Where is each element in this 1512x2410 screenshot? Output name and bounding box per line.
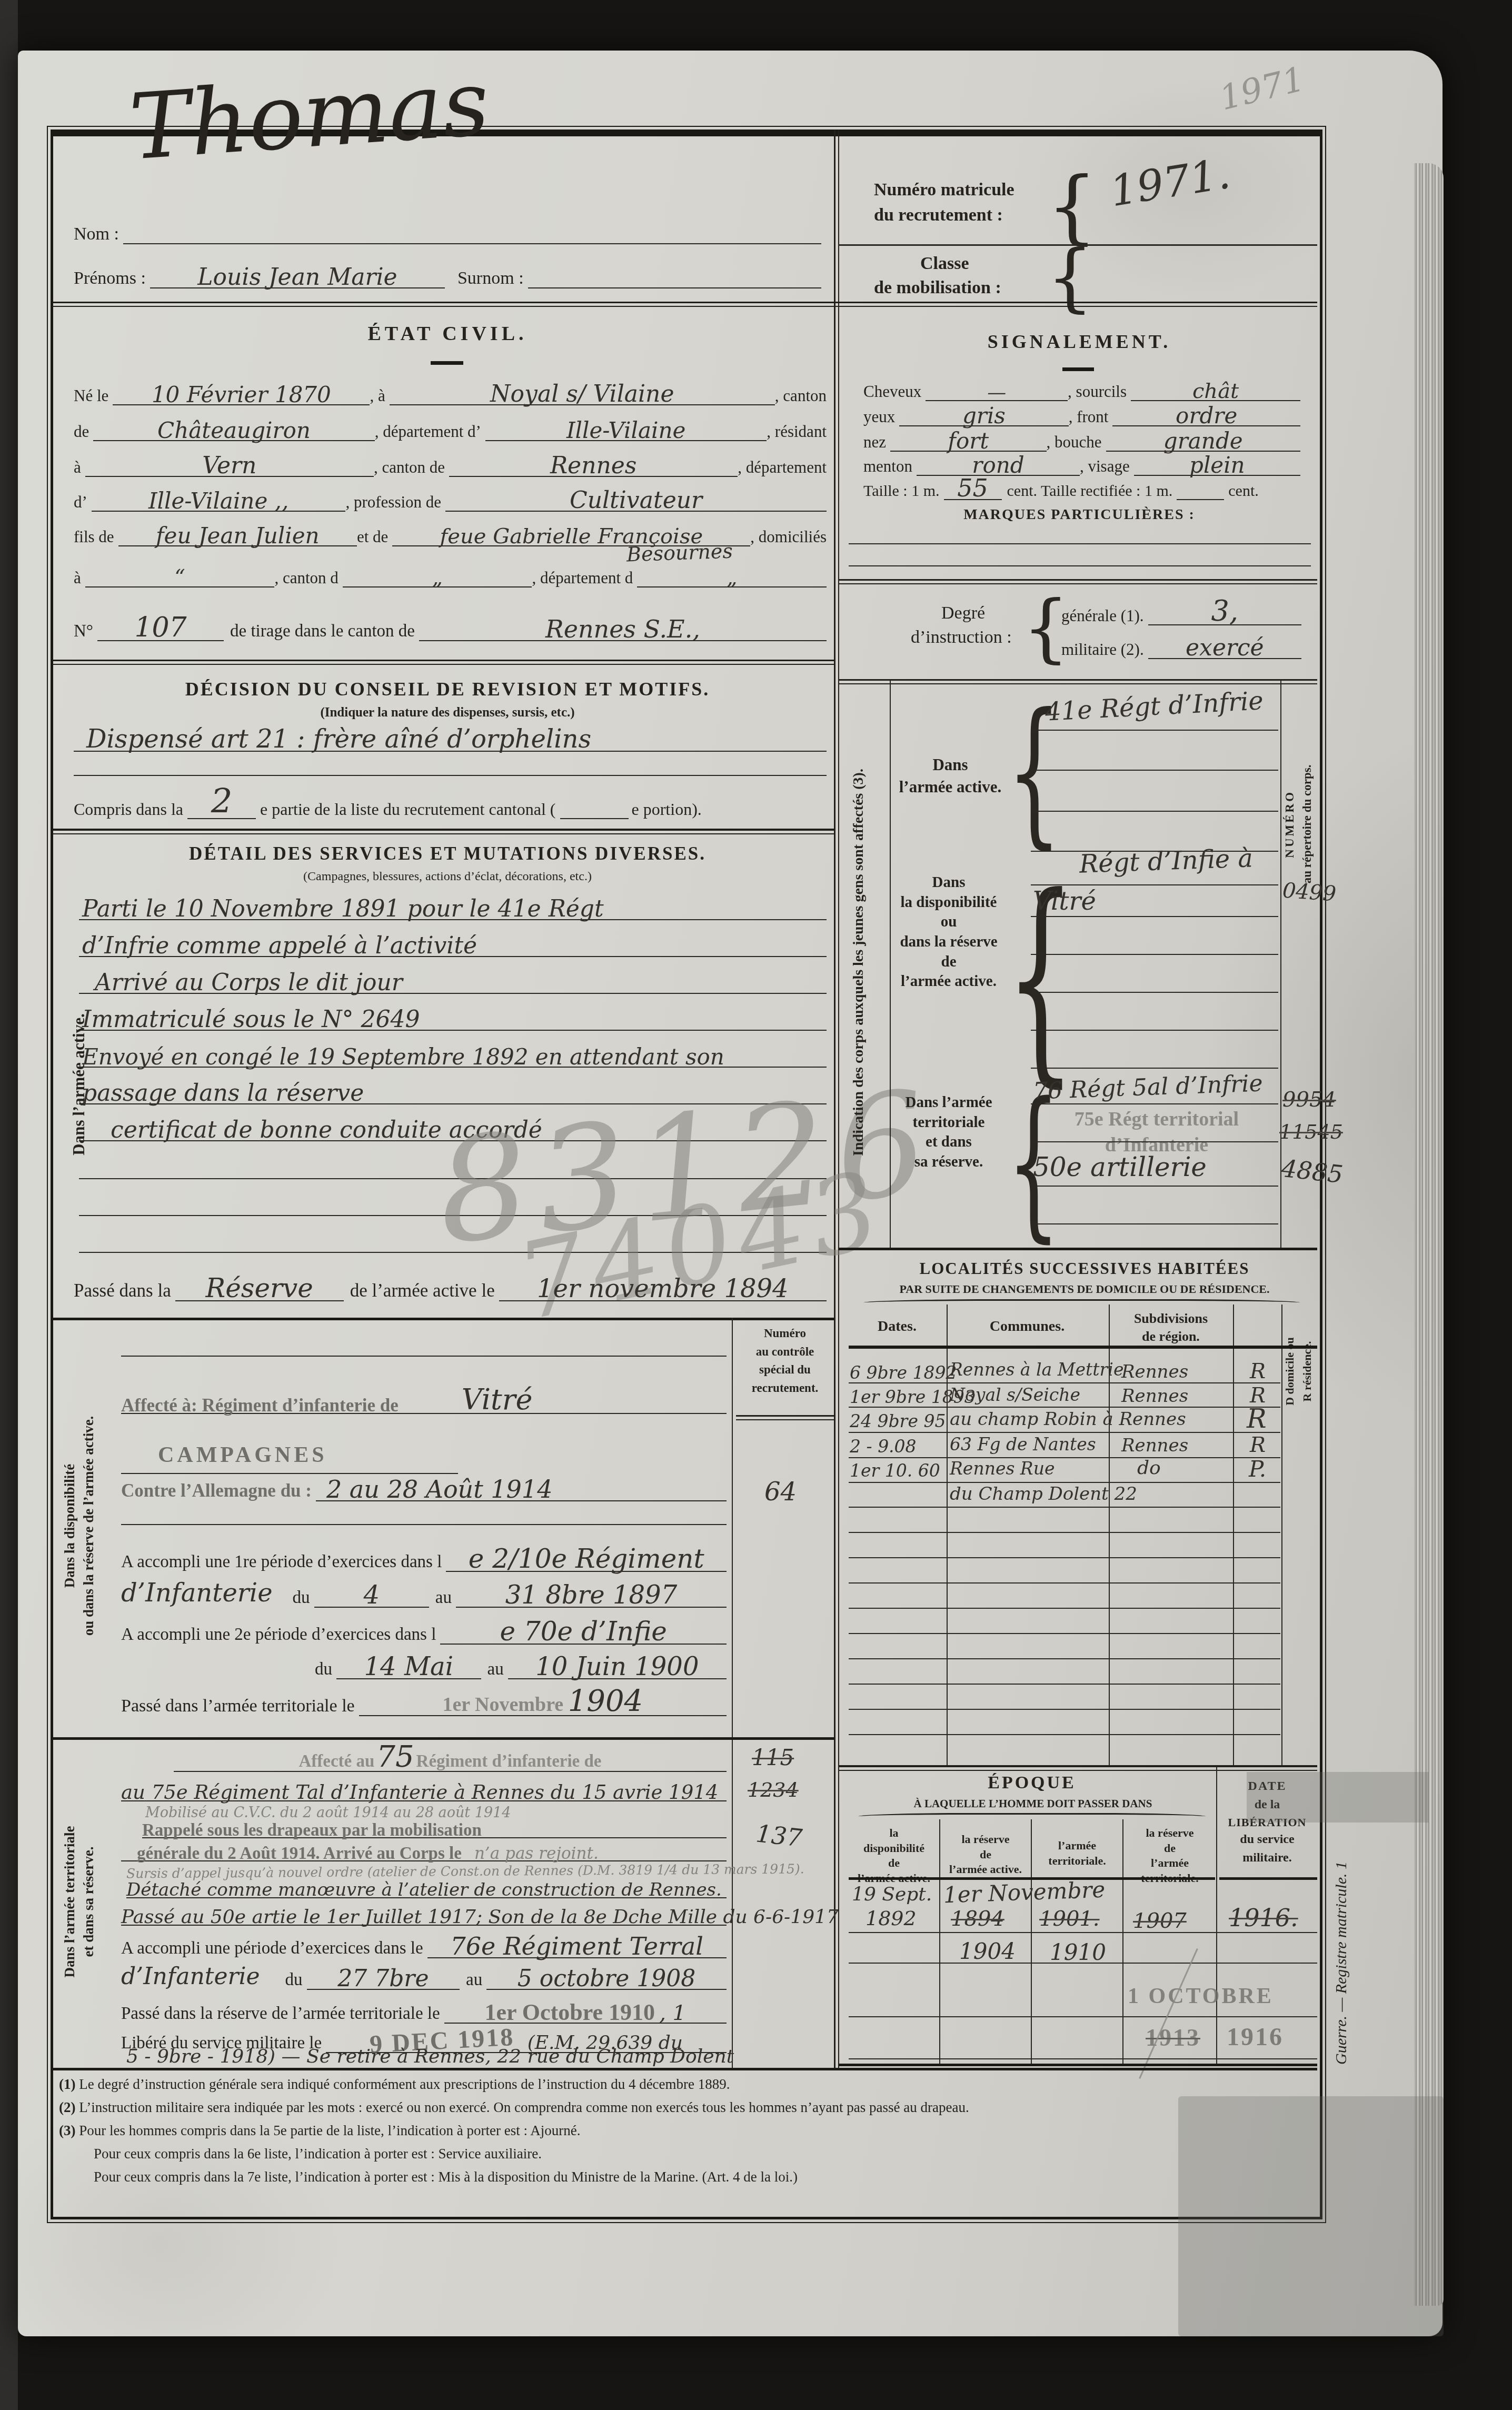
footnote-1-num: (1) xyxy=(59,2076,75,2092)
ditto-3: „ xyxy=(727,565,738,590)
rule xyxy=(838,579,1317,584)
dept3-value: Ille-Vilaine ,, xyxy=(148,488,289,514)
territoriale-stamp: 1er Novembre xyxy=(442,1694,563,1716)
taille-value: 55 xyxy=(957,474,988,502)
passe-line-1: Réserve xyxy=(175,1270,344,1301)
terr-corps-value-2: 50e artillerie xyxy=(1033,1152,1207,1182)
controle-header: Numéroau contrôle spécial durecrutement. xyxy=(735,1324,835,1397)
cheveux-label: Cheveux xyxy=(863,382,926,401)
periode1-au-line: 31 8bre 1897 xyxy=(456,1577,727,1608)
sig-row-5: Taille : 1 m. 55 cent. Taille rectifiée … xyxy=(863,475,1300,500)
rule xyxy=(849,1709,1280,1710)
loc-commune-4: 63 Fg de Nantes xyxy=(950,1434,1096,1455)
marques-label: MARQUES PARTICULIÈRES : xyxy=(895,506,1264,523)
dispo-side-label: Dans la disponibilité ou dans la réserve… xyxy=(60,1320,98,1731)
rule xyxy=(849,1532,1280,1533)
footnote-2: (2) L’instruction militaire sera indiqué… xyxy=(59,2099,1312,2116)
dom-line-1: “ xyxy=(85,562,275,587)
sourcils-label: , sourcils xyxy=(1068,382,1131,401)
rule xyxy=(838,1765,1317,1771)
conseil-title: DÉCISION DU CONSEIL DE REVISION ET MOTIF… xyxy=(121,678,774,700)
taille-line: 55 xyxy=(944,471,1002,500)
rule xyxy=(1031,992,1278,993)
periode1-du-line: 4 xyxy=(314,1577,429,1608)
rule xyxy=(838,2064,1317,2066)
sig-row-4: menton rond , visage plein xyxy=(863,452,1300,476)
localites-title: LOCALITÉS SUCCESSIVES HABITÉES xyxy=(863,1259,1306,1278)
terr-periode-line: 76e Régiment Terral xyxy=(427,1929,727,1958)
passe-value-2: 1er novembre 1894 xyxy=(537,1274,789,1303)
terr-reserve-note: , 1 xyxy=(659,2001,686,2025)
compris-row: Compris dans la 2 e partie de la liste d… xyxy=(74,786,827,819)
domicilies-label: , domiciliés xyxy=(750,527,827,546)
octobre-stamp: 1 OCTOBRE xyxy=(1128,1984,1274,2009)
rappele-stamp-1: Rappelé sous les drapeaux par la mobilis… xyxy=(142,1821,482,1840)
affecte-row: Affecté à: Régiment d’infanterie de Vitr… xyxy=(121,1372,727,1414)
rule xyxy=(1031,811,1278,812)
shadow-corner xyxy=(1178,2096,1444,2336)
loc-date-1: 6 9bre 1892 xyxy=(850,1362,957,1383)
territoriale-line: 1er Novembre 1904 xyxy=(359,1681,727,1716)
terr-reserve-label: Passé dans la réserve de l’armée territo… xyxy=(121,2004,444,2024)
dept2-label: , département xyxy=(738,458,827,477)
contre-row: Contre l’Allemagne du : 2 au 28 Août 191… xyxy=(121,1474,727,1501)
canton2-line: Rennes xyxy=(449,449,738,477)
taille-label-1: Taille : 1 m. xyxy=(863,482,944,500)
terr-corps-label: Dans l’arméeterritoriale et danssa réser… xyxy=(892,1093,1006,1172)
service-line-3-fill: Arrivé au Corps le dit jour xyxy=(79,966,827,994)
militaire-value: exercé xyxy=(1186,634,1264,661)
rule xyxy=(838,679,1317,684)
loc-commune-1: Rennes à la Mettrie xyxy=(950,1359,1123,1380)
epoque-vline xyxy=(1031,1819,1032,2065)
birthdate-value: 10 Février 1870 xyxy=(152,382,331,407)
nom-line xyxy=(123,243,821,244)
service-line-2: d’Infrie comme appelé à l’activité xyxy=(79,922,827,957)
rule xyxy=(121,1356,727,1357)
loc-date-3: 24 9bre 95 xyxy=(850,1411,946,1431)
struck-115: 115 xyxy=(752,1745,794,1770)
du-label-2: du xyxy=(315,1660,336,1679)
rejoint-pencil: n’a pas rejoint. xyxy=(464,1844,599,1863)
terr-affecte-stamp-2: Régiment d’infanterie de xyxy=(416,1752,602,1771)
canton2-value: Rennes xyxy=(550,452,636,479)
dept-line: Ille-Vilaine xyxy=(485,414,767,441)
services-subtitle: (Campagnes, blessures, actions d’éclat, … xyxy=(121,870,774,884)
service-text-2: d’Infrie comme appelé à l’activité xyxy=(82,932,477,959)
territoriale-label: Passé dans l’armée territoriale le xyxy=(121,1696,359,1716)
ec-row-2: de Châteaugiron , département d’ Ille-Vi… xyxy=(74,412,827,441)
terr-periode-row-2: d’Infanterie du 27 7bre au 5 octobre 190… xyxy=(121,1960,727,1990)
affecte-stamp: Affecté à: Régiment d’infanterie de xyxy=(121,1395,399,1416)
rule xyxy=(849,565,1311,566)
loc-dr-4: R xyxy=(1250,1433,1266,1457)
service-line-4: Immatriculé sous le N° 2649 xyxy=(79,996,827,1031)
nom-row: Nom : xyxy=(74,212,821,244)
birthplace-value: Noyal s/ Vilaine xyxy=(490,381,674,407)
dispo-corps-value-2: Vitré xyxy=(1033,887,1096,916)
periode1-value: e 2/10e Régiment xyxy=(469,1543,704,1574)
rule xyxy=(1031,1030,1278,1031)
controle-value-64: 64 xyxy=(764,1477,797,1507)
localites-swash xyxy=(863,1299,1300,1306)
periode1-au: 31 8bre 1897 xyxy=(505,1580,677,1610)
nom-label: Nom : xyxy=(74,224,123,244)
prenoms-label: Prénoms : xyxy=(74,268,150,288)
service-text-4: Immatriculé sous le N° 2649 xyxy=(82,1006,420,1033)
etat-civil-title: ÉTAT CIVIL. xyxy=(158,322,737,345)
dept-value: Ille-Vilaine xyxy=(566,417,685,443)
rule xyxy=(849,1684,1280,1685)
terr-row-4: Détaché comme manœuvre à l’atelier de co… xyxy=(126,1875,727,1898)
front-line: ordre xyxy=(1112,400,1300,426)
rule xyxy=(1031,1103,1278,1104)
loc-subdiv-5: do xyxy=(1137,1457,1161,1479)
service-line-1: Parti le 10 Novembre 1891 pour le 41e Ré… xyxy=(79,885,827,920)
rule xyxy=(849,1382,1280,1383)
decision-value: Dispensé art 21 : frère aîné d’orphelins xyxy=(86,724,591,754)
terr-periode-label: A accompli une période d’exercices dans … xyxy=(121,1939,427,1958)
a-label: , à xyxy=(370,386,389,405)
rule xyxy=(121,1524,727,1525)
rule xyxy=(849,1407,1280,1408)
visage-line: plein xyxy=(1134,449,1300,476)
terr-side-label: Dans l’armée territoriale et dans sa rés… xyxy=(60,1744,98,2059)
du-label-1: du xyxy=(277,1588,314,1608)
table-vline xyxy=(1281,1304,1282,1766)
territoriale-value: 1904 xyxy=(568,1684,643,1718)
au-label-1: au xyxy=(429,1588,456,1608)
terr-numero-1: 9954 xyxy=(1282,1088,1336,1112)
terr-du-line: 27 7bre xyxy=(307,1962,460,1990)
periode2-du: 14 Mai xyxy=(364,1652,453,1681)
rule xyxy=(849,1582,1280,1584)
dispo-corps-value-1: Régt d’Infie à xyxy=(1079,843,1254,879)
contre-line: 2 au 28 Août 1914 xyxy=(316,1472,727,1501)
portion-line xyxy=(560,818,629,819)
loc-subdiv-1: Rennes xyxy=(1121,1361,1188,1382)
terr-line-2: Rappelé sous les drapeaux par la mobilis… xyxy=(142,1818,727,1838)
footnote-5: Pour ceux compris dans la 7e liste, l’in… xyxy=(94,2169,1305,2185)
terr-row-5: Passé au 50e artie le 1er Juillet 1917; … xyxy=(121,1899,727,1926)
title-dash xyxy=(1062,367,1094,371)
terr-row-2: Rappelé sous les drapeaux par la mobilis… xyxy=(142,1817,727,1838)
sig-row-2: yeux gris , front ordre xyxy=(863,402,1300,426)
footnote-1-text: Le degré d’instruction générale sera ind… xyxy=(79,2076,730,2092)
tirage-row: N° 107 de tirage dans le canton de Renne… xyxy=(74,606,827,641)
shadow-band xyxy=(1247,1772,1429,1823)
epoque-swash xyxy=(858,1813,1206,1820)
loc-commune-3: au champ Robin à Rennes xyxy=(950,1409,1186,1430)
compris-label-3: e portion). xyxy=(629,800,706,819)
visage-value: plein xyxy=(1189,452,1245,478)
et-de-label: et de xyxy=(357,527,392,546)
surnom-line xyxy=(528,287,821,288)
loc-subdiv-2: Rennes xyxy=(1121,1386,1188,1407)
terr-row-1: au 75e Régiment Tal d’Infanterie à Renne… xyxy=(121,1776,727,1801)
loc-subdiv-4: Rennes xyxy=(1121,1435,1188,1456)
au-label-2: au xyxy=(481,1660,508,1679)
residant-label: , résidant xyxy=(767,422,827,441)
corps-label-divider xyxy=(890,680,891,1248)
scan-left-edge xyxy=(0,0,18,2410)
canton-line: Châteaugiron xyxy=(93,414,374,441)
rule xyxy=(849,1432,1280,1433)
rule xyxy=(849,543,1311,544)
dom-line-3: „ xyxy=(637,562,827,587)
rule xyxy=(849,1346,1317,1349)
epoque-vline xyxy=(1122,1819,1123,2065)
terr-affecte-row: Affecté au 75 Régiment d’infanterie de xyxy=(174,1741,727,1772)
generale-value: 3, xyxy=(1211,594,1239,628)
passe-label-2: de l’armée active le xyxy=(344,1280,499,1301)
rule xyxy=(1031,916,1278,917)
menton-label: menton xyxy=(863,457,917,476)
a2-label: à xyxy=(74,458,85,477)
militaire-label: militaire (2). xyxy=(1061,640,1148,659)
dispo-corps-label: Dansla disponibilité oudans la réserve d… xyxy=(892,873,1006,992)
terr-periode-du: 27 7bre xyxy=(337,1965,429,1992)
degre-label: Degré d’instruction : xyxy=(911,603,1012,648)
services-title: DÉTAIL DES SERVICES ET MUTATIONS DIVERSE… xyxy=(121,843,774,864)
struck-1234: 1234 xyxy=(748,1778,799,1801)
decision-line: Dispensé art 21 : frère aîné d’orphelins xyxy=(74,721,827,752)
rule xyxy=(849,2058,1317,2059)
epoque-col3-header: l’arméeterritoriale. xyxy=(1033,1838,1121,1868)
footnote-2-text: L’instruction militaire sera indiquée pa… xyxy=(79,2099,969,2115)
no-label: N° xyxy=(74,622,97,641)
epoque-subtitle: À LAQUELLE L’HOMME DOIT PASSER DANS xyxy=(849,1797,1217,1810)
compris-line: 2 xyxy=(187,779,256,819)
taille-label-3: cent. xyxy=(1224,482,1258,500)
title-dash xyxy=(431,361,463,365)
profession-line: Cultivateur xyxy=(445,484,827,512)
ec-row-1: Né le 10 Février 1870 , à Noyal s/ Vilai… xyxy=(74,375,827,405)
ne-le-label: Né le xyxy=(74,386,113,405)
periode2-au-line: 10 Juin 1900 xyxy=(508,1649,727,1679)
armee-active-label: Dans l’armée active. xyxy=(895,754,1006,798)
terr-du-label: du xyxy=(264,1970,307,1990)
rule xyxy=(53,829,834,834)
epoque-r1c5: 1916. xyxy=(1229,1904,1298,1932)
canton3-label: , canton d xyxy=(274,569,342,587)
footnote-3: (3) Pour les hommes compris dans la 5e p… xyxy=(59,2123,1312,2139)
ec-row-4: d’ Ille-Vilaine ,, , profession de Culti… xyxy=(74,482,827,512)
periode2-value: e 70e d’Infie xyxy=(500,1616,667,1647)
epoque-r2c2: 1904 xyxy=(959,1938,1016,1964)
terr-periode-row: A accompli une période d’exercices dans … xyxy=(121,1928,727,1958)
territoriale-passage-row: Passé dans l’armée territoriale le 1er N… xyxy=(121,1682,727,1716)
sig-row-1: Cheveux — , sourcils chât xyxy=(863,377,1300,401)
rule xyxy=(849,1633,1280,1634)
loc-dr-5: P. xyxy=(1249,1456,1266,1482)
birthdate-line: 10 Février 1870 xyxy=(113,379,370,405)
terr-au-line: 5 octobre 1908 xyxy=(486,1962,727,1990)
contre-stamp: Contre l’Allemagne du : xyxy=(121,1480,316,1501)
campagnes-stamp: CAMPAGNES xyxy=(158,1442,327,1468)
epoque-r1c1b: 1892 xyxy=(866,1907,917,1930)
terr-affecte-num: 75 xyxy=(376,1740,414,1774)
service-line-5-fill: Envoyé en congé le 19 Septembre 1892 en … xyxy=(79,1041,827,1068)
dom-line-2: „ xyxy=(343,562,532,587)
periode2-au: 10 Juin 1900 xyxy=(535,1652,699,1681)
rule xyxy=(849,1507,1280,1508)
passe50-text: Passé au 50e artie le 1er Juillet 1917; … xyxy=(121,1906,839,1928)
rule xyxy=(849,2016,1317,2017)
periode1-du: 4 xyxy=(363,1580,380,1610)
matricule-label: Numéro matricule du recrutement : xyxy=(874,180,1014,225)
terr-periode-au: 5 octobre 1908 xyxy=(518,1965,696,1992)
sourcils-line: chât xyxy=(1131,376,1300,401)
yeux-line: gris xyxy=(899,400,1068,426)
rule xyxy=(838,1248,1317,1250)
loc-dr-1: R xyxy=(1250,1359,1266,1383)
no-value: 107 xyxy=(134,612,186,643)
rule xyxy=(849,1457,1280,1458)
generale-row: générale (1). 3, xyxy=(1061,596,1301,625)
tirage-canton-line: Rennes S.E., xyxy=(419,612,827,641)
periode1-line: e 2/10e Régiment xyxy=(446,1540,727,1572)
classe-label: Classe de mobilisation : xyxy=(874,254,1001,298)
footnote-2-num: (2) xyxy=(59,2099,75,2115)
service-line-3: Arrivé au Corps le dit jour xyxy=(79,959,827,994)
rule xyxy=(1031,884,1278,885)
nez-line: fort xyxy=(890,425,1046,452)
nez-label: nez xyxy=(863,433,890,452)
affecte-line: Affecté à: Régiment d’infanterie de Vitr… xyxy=(121,1380,727,1414)
signalement-title: SIGNALEMENT. xyxy=(895,331,1264,353)
taille-label-2: cent. Taille rectifiée : 1 m. xyxy=(1002,482,1177,500)
rule xyxy=(74,775,827,776)
yeux-label: yeux xyxy=(863,407,899,426)
footnote-4: Pour ceux compris dans la 6e liste, l’in… xyxy=(94,2146,1305,2162)
dept3-line: Ille-Vilaine ,, xyxy=(92,485,346,512)
profession-value: Cultivateur xyxy=(570,487,702,514)
terr-row-3: générale du 2 Août 1914. Arrivé au Corps… xyxy=(121,1838,727,1861)
terr-periode-value: 76e Régiment Terral xyxy=(451,1932,703,1960)
rappele-stamp-2: générale du 2 Août 1914. Arrivé au Corps… xyxy=(137,1844,462,1863)
dispo-numero: 0499 xyxy=(1282,879,1337,907)
service-line-4-fill: Immatriculé sous le N° 2649 xyxy=(79,1003,827,1031)
fils-label: fils de xyxy=(74,527,118,546)
ec-row-6: à “ , canton d „ , département d „ xyxy=(74,559,827,587)
a3-label: à xyxy=(74,569,85,587)
loc-date-5: 1er 10. 60 xyxy=(850,1460,940,1481)
loc-date-4: 2 - 9.08 xyxy=(850,1436,917,1457)
compris-label-2: e partie de la liste du recrutement cant… xyxy=(256,800,560,819)
sig-row-3: nez fort , bouche grande xyxy=(863,427,1300,452)
periode2-line: e 70e d’Infie xyxy=(440,1613,727,1645)
service-text-3: Arrivé au Corps le dit jour xyxy=(95,969,403,996)
front-label: , front xyxy=(1069,407,1113,426)
taille-rect-line xyxy=(1177,499,1224,500)
footnote-5-text: Pour ceux compris dans la 7e liste, l’in… xyxy=(94,2169,798,2185)
service-line-5: Envoyé en congé le 19 Septembre 1892 en … xyxy=(79,1033,827,1068)
stamp-1916: 1916 xyxy=(1227,2023,1284,2052)
epoque-r1c4: 1907 xyxy=(1133,1909,1187,1933)
militaire-line: exercé xyxy=(1148,631,1301,659)
affecte-value: Vitré xyxy=(399,1383,533,1416)
terr-line-3: générale du 2 Août 1914. Arrivé au Corps… xyxy=(121,1841,727,1861)
rule xyxy=(53,660,834,665)
canton2-label: , canton de xyxy=(374,458,449,477)
terr-reserve-line: 1er Octobre 1910 , 1 xyxy=(444,1996,727,2024)
passe-value-1: Réserve xyxy=(206,1273,313,1303)
footnote-4-text: Pour ceux compris dans la 6e liste, l’in… xyxy=(94,2146,542,2162)
terr-text-1: au 75e Régiment Tal d’Infanterie à Renne… xyxy=(121,1781,718,1804)
terr-stamp: 75e Régt territorial d’Infanterie xyxy=(1033,1107,1280,1159)
compris-value: 2 xyxy=(211,782,233,821)
cheveux-line: — xyxy=(926,379,1068,401)
terr-affecte-line: Affecté au 75 Régiment d’infanterie de xyxy=(174,1737,727,1772)
rule xyxy=(736,1415,834,1420)
prenoms-line: Louis Jean Marie xyxy=(150,261,445,288)
periode2-row-2: du 14 Mai au 10 Juin 1900 xyxy=(121,1647,727,1679)
service-line-2-fill: d’Infrie comme appelé à l’activité xyxy=(79,929,827,957)
decision-row: Dispensé art 21 : frère aîné d’orphelins xyxy=(74,717,827,752)
rule xyxy=(1031,1141,1278,1142)
ditto-2: „ xyxy=(432,565,443,590)
rule xyxy=(849,1932,1317,1933)
loc-commune-5: Rennes Rue xyxy=(950,1458,1055,1479)
dept4-label: , département d xyxy=(532,569,637,587)
col-dr-header: D domicile ouR résidence. xyxy=(1281,1277,1316,1466)
terr-periode-suite: d’Infanterie xyxy=(121,1963,264,1990)
passe-reserve-row: Passé dans la Réserve de l’armée active … xyxy=(74,1261,827,1301)
epoque-col2-header: la réservedel’armée active. xyxy=(941,1832,1030,1877)
periode1-suite: d’Infanterie xyxy=(121,1578,277,1608)
periode2-du-line: 14 Mai xyxy=(336,1649,481,1679)
rule xyxy=(849,1658,1280,1659)
terr-affecte-stamp-1: Affecté au xyxy=(299,1752,374,1771)
terr-numero-2: 11545 xyxy=(1279,1120,1343,1143)
rule xyxy=(53,302,1317,307)
libere-suite: 5 - 9bre - 1918) — Se retire à Rennes, 2… xyxy=(126,2046,734,2067)
terr-reserve-stamp: 1er Octobre 1910 xyxy=(485,1999,655,2025)
col-dates-header: Dates. xyxy=(849,1318,946,1335)
tirage-canton-value: Rennes S.E., xyxy=(545,615,700,643)
rule xyxy=(849,1557,1280,1558)
epoque-title: ÉPOQUE xyxy=(874,1773,1190,1793)
generale-label: générale (1). xyxy=(1061,606,1148,625)
epoque-vline xyxy=(939,1819,940,2065)
numero-repertoire-label: NUMÉRO au répertoire du corps. xyxy=(1281,687,1316,961)
rule xyxy=(1031,1223,1278,1224)
surnom-label: Surnom : xyxy=(445,268,528,288)
terr-line-5: Passé au 50e artie le 1er Juillet 1917; … xyxy=(121,1903,727,1926)
rule xyxy=(53,1318,834,1320)
residence-line: Vern xyxy=(85,449,374,477)
epoque-r1c2: 1894 xyxy=(951,1907,1004,1931)
rule xyxy=(849,1482,1280,1483)
ec-row-3: à Vern , canton de Rennes , département xyxy=(74,447,827,477)
footnote-1: (1) Le degré d’instruction générale sera… xyxy=(59,2076,1312,2093)
service-text-5: Envoyé en congé le 19 Septembre 1892 en … xyxy=(82,1044,724,1070)
prenoms-value: Louis Jean Marie xyxy=(197,264,397,291)
periode1-row-2: d’Infanterie du 4 au 31 8bre 1897 xyxy=(121,1574,727,1608)
ditto-1: “ xyxy=(174,565,185,590)
corps-side-label: Indication des corps auxquels les jeunes… xyxy=(850,683,867,1241)
no-line: 107 xyxy=(97,609,224,641)
rule xyxy=(1031,770,1278,771)
generale-line: 3, xyxy=(1148,591,1301,625)
scanned-register-page: 1971 Thomas Nom : Prénoms : Louis Jean M… xyxy=(0,0,1512,2410)
canton-label: , canton xyxy=(775,386,827,405)
periode1-label: A accompli une 1re période d’exercices d… xyxy=(121,1552,446,1572)
periode2-row: A accompli une 2e période d’exercices da… xyxy=(121,1611,727,1645)
epoque-r1c3: 1901. xyxy=(1039,1907,1100,1931)
terr-line-4: Détaché comme manœuvre à l’atelier de co… xyxy=(126,1876,727,1898)
